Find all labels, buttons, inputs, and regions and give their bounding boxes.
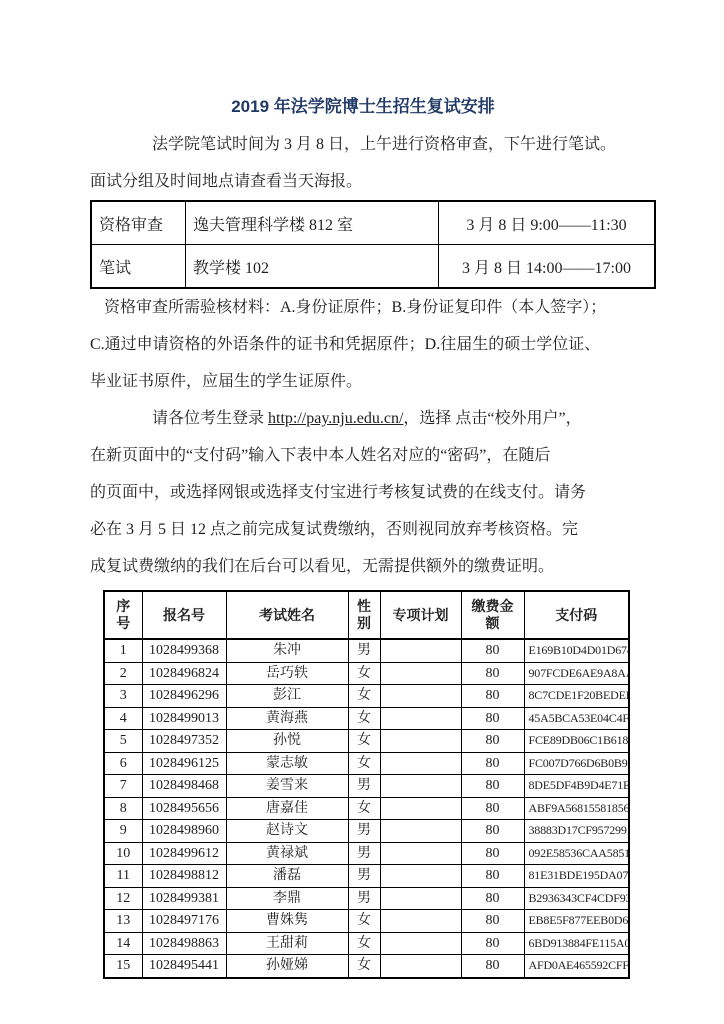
table-row: 141028498863王甜莉女806BD913884FE115A0 (104, 932, 629, 955)
header-registration-no: 报名号 (142, 591, 226, 639)
cell-index: 6 (104, 752, 142, 775)
cell-gender: 男 (348, 842, 380, 865)
cell-payment-code: 38883D17CF957299 (524, 820, 629, 843)
paragraph-line: 请各位考生登录 http://pay.nju.edu.cn/，选择 点击“校外用… (90, 400, 636, 437)
cell-registration-no: 1028496125 (142, 752, 226, 775)
cell-special-program (380, 910, 461, 933)
header-gender: 性 别 (348, 591, 380, 639)
cell-index: 15 (104, 955, 142, 978)
cell-exam-name: 王甜莉 (226, 932, 348, 955)
cell-special-program (380, 775, 461, 798)
table-row: 111028498812潘磊男8081E31BDE195DA07F (104, 865, 629, 888)
payment-link[interactable]: http://pay.nju.edu.cn/ (268, 410, 403, 427)
cell-fee-amount: 80 (461, 887, 524, 910)
page-title: 2019 年法学院博士生招生复试安排 (90, 0, 636, 120)
cell-special-program (380, 820, 461, 843)
cell-fee-amount: 80 (461, 865, 524, 888)
cell-gender: 女 (348, 797, 380, 820)
table-row: 11028499368朱冲男80E169B10D4D01D674 (104, 639, 629, 662)
cell-index: 12 (104, 887, 142, 910)
cell-exam-name: 曹姝隽 (226, 910, 348, 933)
paragraph-text: 请各位考生登录 (152, 410, 268, 427)
cell-gender: 女 (348, 662, 380, 685)
cell-exam-name: 孙悦 (226, 730, 348, 753)
document-page: 2019 年法学院博士生招生复试安排 法学院笔试时间为 3 月 8 日，上午进行… (0, 0, 724, 1024)
cell-payment-code: 8DE5DF4B9D4E71ED (524, 775, 629, 798)
cell-fee-amount: 80 (461, 685, 524, 708)
cell-special-program (380, 730, 461, 753)
cell-fee-amount: 80 (461, 820, 524, 843)
cell-exam-name: 赵诗文 (226, 820, 348, 843)
table-row: 81028495656唐嘉佳女80ABF9A56815581856 (104, 797, 629, 820)
table-row: 61028496125蒙志敏女80FC007D766D6B0B9E (104, 752, 629, 775)
cell-gender: 女 (348, 707, 380, 730)
cell-registration-no: 1028495441 (142, 955, 226, 978)
cell-payment-code: 907FCDE6AE9A8AA8 (524, 662, 629, 685)
paragraph-line: 在新页面中的“支付码”输入下表中本人姓名对应的“密码”，在随后 (90, 437, 636, 474)
cell-payment-code: 81E31BDE195DA07F (524, 865, 629, 888)
cell-index: 1 (104, 639, 142, 662)
cell-exam-name: 孙娅娣 (226, 955, 348, 978)
cell-fee-amount: 80 (461, 662, 524, 685)
cell-index: 7 (104, 775, 142, 798)
cell-gender: 男 (348, 639, 380, 662)
schedule-location: 逸夫管理科学楼 812 室 (186, 201, 439, 245)
cell-special-program (380, 865, 461, 888)
table-row: 121028499381李鼎男80B2936343CF4CDF93 (104, 887, 629, 910)
table-row: 41028499013黄海燕女8045A5BCA53E04C4FA (104, 707, 629, 730)
cell-registration-no: 1028497352 (142, 730, 226, 753)
cell-fee-amount: 80 (461, 639, 524, 662)
cell-index: 9 (104, 820, 142, 843)
paragraph-line: 法学院笔试时间为 3 月 8 日，上午进行资格审查，下午进行笔试。 (90, 126, 636, 163)
cell-payment-code: 092E58536CAA5851 (524, 842, 629, 865)
candidates-header-row: 序 号报名号考试姓名性 别专项计划缴费金 额支付码 (104, 591, 629, 639)
paragraph-line: 成复试费缴纳的我们在后台可以看见，无需提供额外的缴费证明。 (90, 548, 636, 585)
cell-exam-name: 黄海燕 (226, 707, 348, 730)
cell-gender: 女 (348, 932, 380, 955)
schedule-item-label: 笔试 (91, 245, 186, 289)
cell-registration-no: 1028496824 (142, 662, 226, 685)
cell-index: 4 (104, 707, 142, 730)
schedule-item-label: 资格审查 (91, 201, 186, 245)
cell-registration-no: 1028498863 (142, 932, 226, 955)
candidates-table: 序 号报名号考试姓名性 别专项计划缴费金 额支付码 11028499368朱冲男… (103, 590, 630, 979)
cell-special-program (380, 842, 461, 865)
cell-index: 8 (104, 797, 142, 820)
cell-special-program (380, 797, 461, 820)
cell-index: 10 (104, 842, 142, 865)
document-content: 2019 年法学院博士生招生复试安排 法学院笔试时间为 3 月 8 日，上午进行… (90, 0, 636, 979)
cell-gender: 男 (348, 820, 380, 843)
cell-gender: 女 (348, 730, 380, 753)
materials-paragraph: 资格审查所需验核材料：A.身份证原件；B.身份证复印件（本人签字）； C.通过申… (90, 289, 636, 400)
intro-paragraph: 法学院笔试时间为 3 月 8 日，上午进行资格审查，下午进行笔试。 面试分组及时… (90, 126, 636, 200)
cell-fee-amount: 80 (461, 752, 524, 775)
cell-payment-code: E169B10D4D01D674 (524, 639, 629, 662)
cell-payment-code: 6BD913884FE115A0 (524, 932, 629, 955)
header-exam-name: 考试姓名 (226, 591, 348, 639)
candidates-table-body: 11028499368朱冲男80E169B10D4D01D67421028496… (104, 639, 629, 978)
paragraph-line: 面试分组及时间地点请查看当天海报。 (90, 163, 636, 200)
cell-payment-code: FC007D766D6B0B9E (524, 752, 629, 775)
payment-paragraph: 请各位考生登录 http://pay.nju.edu.cn/，选择 点击“校外用… (90, 400, 636, 585)
cell-gender: 女 (348, 685, 380, 708)
cell-fee-amount: 80 (461, 797, 524, 820)
cell-fee-amount: 80 (461, 842, 524, 865)
paragraph-text: ，选择 点击“校外用户”， (403, 410, 581, 427)
header-fee-amount: 缴费金 额 (461, 591, 524, 639)
cell-fee-amount: 80 (461, 775, 524, 798)
schedule-location: 教学楼 102 (186, 245, 439, 289)
cell-gender: 女 (348, 910, 380, 933)
cell-index: 13 (104, 910, 142, 933)
table-row: 21028496824岳巧轶女80907FCDE6AE9A8AA8 (104, 662, 629, 685)
cell-special-program (380, 955, 461, 978)
cell-registration-no: 1028497176 (142, 910, 226, 933)
schedule-time: 3 月 8 日 9:00——11:30 (439, 201, 656, 245)
table-row: 71028498468姜雪来男808DE5DF4B9D4E71ED (104, 775, 629, 798)
table-row: 31028496296彭江女808C7CDE1F20BEDED9 (104, 685, 629, 708)
schedule-row-qualification: 资格审查 逸夫管理科学楼 812 室 3 月 8 日 9:00——11:30 (91, 201, 655, 245)
cell-registration-no: 1028496296 (142, 685, 226, 708)
cell-exam-name: 彭江 (226, 685, 348, 708)
cell-payment-code: ABF9A56815581856 (524, 797, 629, 820)
cell-exam-name: 唐嘉佳 (226, 797, 348, 820)
cell-special-program (380, 752, 461, 775)
header-payment-code: 支付码 (524, 591, 629, 639)
header-special-program: 专项计划 (380, 591, 461, 639)
cell-registration-no: 1028499381 (142, 887, 226, 910)
cell-gender: 女 (348, 752, 380, 775)
cell-index: 11 (104, 865, 142, 888)
cell-exam-name: 姜雪来 (226, 775, 348, 798)
cell-payment-code: AFD0AE465592CFFC (524, 955, 629, 978)
cell-payment-code: B2936343CF4CDF93 (524, 887, 629, 910)
cell-registration-no: 1028495656 (142, 797, 226, 820)
paragraph-line: C.通过申请资格的外语条件的证书和凭据原件；D.往届生的硕士学位证、 (90, 326, 636, 363)
paragraph-line: 的页面中，或选择网银或选择支付宝进行考核复试费的在线支付。请务 (90, 474, 636, 511)
cell-index: 3 (104, 685, 142, 708)
cell-fee-amount: 80 (461, 910, 524, 933)
cell-index: 14 (104, 932, 142, 955)
cell-payment-code: FCE89DB06C1B6188 (524, 730, 629, 753)
schedule-time: 3 月 8 日 14:00——17:00 (439, 245, 656, 289)
cell-registration-no: 1028498960 (142, 820, 226, 843)
schedule-row-written-test: 笔试 教学楼 102 3 月 8 日 14:00——17:00 (91, 245, 655, 289)
cell-gender: 男 (348, 865, 380, 888)
cell-exam-name: 潘磊 (226, 865, 348, 888)
cell-special-program (380, 639, 461, 662)
table-row: 101028499612黄禄斌男80092E58536CAA5851 (104, 842, 629, 865)
cell-gender: 男 (348, 775, 380, 798)
schedule-table: 资格审查 逸夫管理科学楼 812 室 3 月 8 日 9:00——11:30 笔… (90, 200, 656, 289)
cell-special-program (380, 887, 461, 910)
cell-fee-amount: 80 (461, 730, 524, 753)
cell-special-program (380, 685, 461, 708)
cell-special-program (380, 932, 461, 955)
cell-index: 2 (104, 662, 142, 685)
cell-gender: 女 (348, 955, 380, 978)
paragraph-line: 必在 3 月 5 日 12 点之前完成复试费缴纳，否则视同放弃考核资格。完 (90, 511, 636, 548)
cell-fee-amount: 80 (461, 955, 524, 978)
paragraph-line: 毕业证书原件，应届生的学生证原件。 (90, 363, 636, 400)
header-index: 序 号 (104, 591, 142, 639)
cell-registration-no: 1028498812 (142, 865, 226, 888)
cell-registration-no: 1028499612 (142, 842, 226, 865)
cell-exam-name: 黄禄斌 (226, 842, 348, 865)
cell-index: 5 (104, 730, 142, 753)
cell-fee-amount: 80 (461, 932, 524, 955)
table-row: 131028497176曹姝隽女80EB8E5F877EEB0D6F (104, 910, 629, 933)
cell-gender: 男 (348, 887, 380, 910)
cell-payment-code: EB8E5F877EEB0D6F (524, 910, 629, 933)
paragraph-line: 资格审查所需验核材料：A.身份证原件；B.身份证复印件（本人签字）； (90, 289, 636, 326)
cell-special-program (380, 707, 461, 730)
cell-exam-name: 岳巧轶 (226, 662, 348, 685)
cell-registration-no: 1028498468 (142, 775, 226, 798)
cell-exam-name: 朱冲 (226, 639, 348, 662)
cell-registration-no: 1028499013 (142, 707, 226, 730)
table-row: 151028495441孙娅娣女80AFD0AE465592CFFC (104, 955, 629, 978)
cell-payment-code: 45A5BCA53E04C4FA (524, 707, 629, 730)
cell-special-program (380, 662, 461, 685)
table-row: 91028498960赵诗文男8038883D17CF957299 (104, 820, 629, 843)
cell-fee-amount: 80 (461, 707, 524, 730)
cell-exam-name: 蒙志敏 (226, 752, 348, 775)
cell-exam-name: 李鼎 (226, 887, 348, 910)
cell-payment-code: 8C7CDE1F20BEDED9 (524, 685, 629, 708)
cell-registration-no: 1028499368 (142, 639, 226, 662)
table-row: 51028497352孙悦女80FCE89DB06C1B6188 (104, 730, 629, 753)
